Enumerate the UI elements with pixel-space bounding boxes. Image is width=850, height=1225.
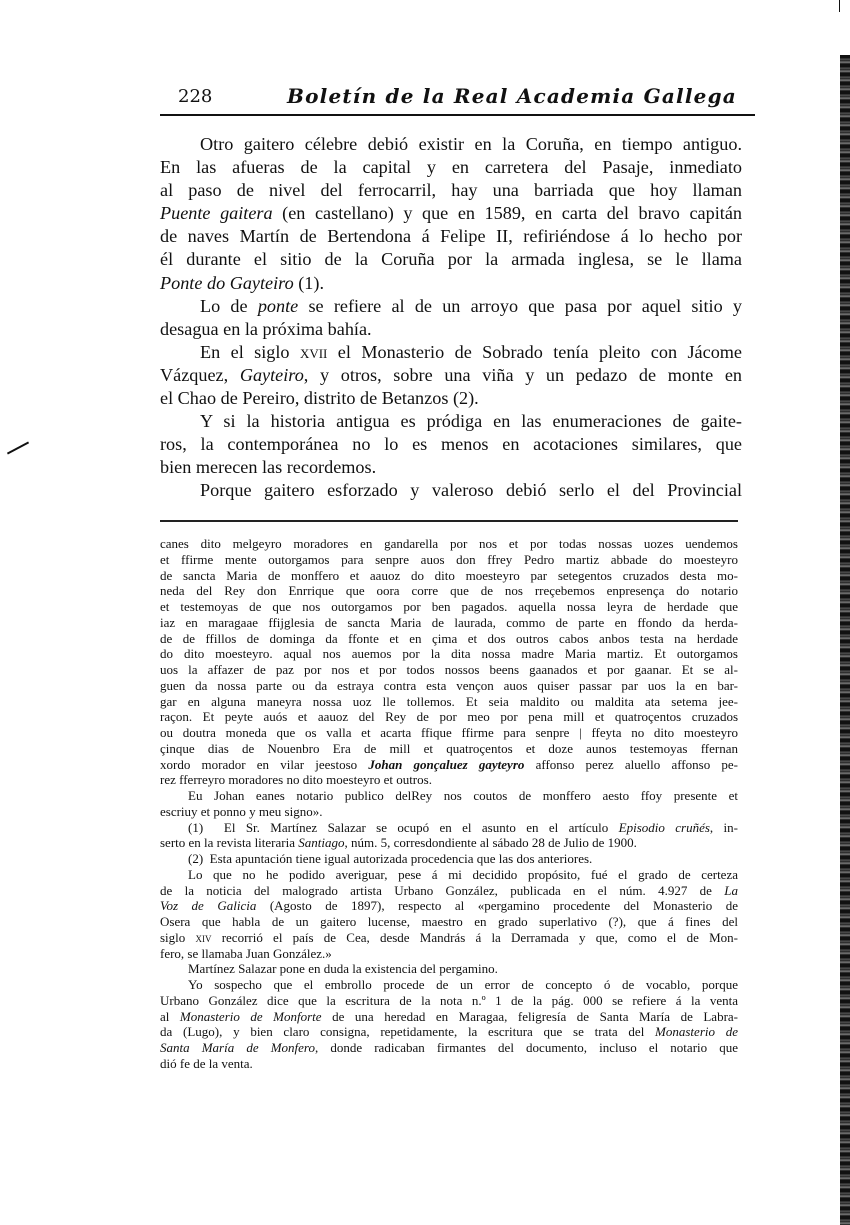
- note-line: Yo sospecho que el embrollo procede de u…: [160, 977, 738, 993]
- note-line: (2) Esta apuntación tiene igual autoriza…: [160, 851, 738, 867]
- text-line: Puente gaitera (en castellano) y que en …: [160, 202, 742, 225]
- text-line: Lo de ponte se refiere al de un arroyo q…: [160, 295, 742, 318]
- note-line: escriuy et ponno y meu signo».: [160, 804, 738, 820]
- text-line: Ponte do Gayteiro (1).: [160, 272, 742, 295]
- note-line: gar en alguna maneyra nossa uoz lle toll…: [160, 694, 738, 710]
- note-line: do dito moesteyro. aqual nos auemos por …: [160, 646, 738, 662]
- paragraph-historia: Y si la historia antigua es pródiga en l…: [160, 410, 742, 479]
- text-line: al paso de nivel del ferrocarril, hay un…: [160, 179, 742, 202]
- note-line: de sancta Maria de monffero et aauoz do …: [160, 568, 738, 584]
- note-line: siglo xiv recorrió el país de Cea, desde…: [160, 930, 738, 946]
- note-line: dió fe de la venta.: [160, 1056, 738, 1072]
- note-line: Santa María de Monfero, donde radicaban …: [160, 1040, 738, 1056]
- footnotes: canes dito melgeyro moradores en gandare…: [160, 536, 738, 1072]
- note-line: xordo morador en vilar jeestoso Johan go…: [160, 757, 738, 773]
- note-line: canes dito melgeyro moradores en gandare…: [160, 536, 738, 552]
- notary-signature: Eu Johan eanes notario publico delRey no…: [160, 788, 738, 820]
- scan-edge-mark: [839, 0, 840, 12]
- commentary-salazar: Martínez Salazar pone en duda la existen…: [160, 961, 738, 977]
- note-text: Esta apuntación tiene igual autorizada p…: [210, 851, 593, 866]
- note-line: serto en la revista literaria Santiago, …: [160, 835, 738, 851]
- note-line: Eu Johan eanes notario publico delRey no…: [160, 788, 738, 804]
- main-text: Otro gaitero célebre debió existir en la…: [160, 133, 742, 503]
- text-line: Y si la historia antigua es pródiga en l…: [160, 410, 742, 433]
- text-line: de naves Martín de Bertendona á Felipe I…: [160, 225, 742, 248]
- note-line: (1) El Sr. Martínez Salazar se ocupó en …: [160, 820, 738, 836]
- paragraph-gaitero-coruna: Otro gaitero célebre debió existir en la…: [160, 133, 742, 295]
- text-line: bien merecen las recordemos.: [160, 456, 742, 479]
- document-quote: canes dito melgeyro moradores en gandare…: [160, 536, 738, 788]
- note-line: fero, se llamaba Juan González.»: [160, 946, 738, 962]
- scan-artifact-stroke: [7, 441, 29, 454]
- note-line: rez fferreyro moradores no dito moesteyr…: [160, 772, 738, 788]
- note-line: de de ffillos de dominga da ffonte et en…: [160, 631, 738, 647]
- paragraph-provincial: Porque gaitero esforzado y valeroso debi…: [160, 479, 742, 502]
- paragraph-ponte: Lo de ponte se refiere al de un arroyo q…: [160, 295, 742, 341]
- note-line: al Monasterio de Monforte de una heredad…: [160, 1009, 738, 1025]
- text-line: ros, la contemporánea no lo es menos en …: [160, 433, 742, 456]
- note-line: raçon. Et peyte auós et aauoz del Rey de…: [160, 709, 738, 725]
- note-line: da (Lugo), y bien claro consigna, repeti…: [160, 1024, 738, 1040]
- text-line: Otro gaitero célebre debió existir en la…: [160, 133, 742, 156]
- note-line: Urbano González dice que la escritura de…: [160, 993, 738, 1009]
- note-line: Voz de Galicia (Agosto de 1897), respect…: [160, 898, 738, 914]
- note-line: Osera que habla de un gaitero lucense, m…: [160, 914, 738, 930]
- footnote-marker: (2): [188, 851, 203, 866]
- note-line: iaz en maragaae ffijglesia de sancta Mar…: [160, 615, 738, 631]
- text-line: el Chao de Pereiro, distrito de Betanzos…: [160, 387, 742, 410]
- text-line: desagua en la próxima bahía.: [160, 318, 742, 341]
- document-page: 228 Boletín de la Real Academia Gallega …: [0, 0, 850, 1225]
- commentary-urbano: Lo que no he podido averiguar, pese á mi…: [160, 867, 738, 962]
- commentary-sospecho: Yo sospecho que el embrollo procede de u…: [160, 977, 738, 1072]
- footnote-1: (1) El Sr. Martínez Salazar se ocupó en …: [160, 820, 738, 852]
- paragraph-sobrado: En el siglo xvii el Monasterio de Sobrad…: [160, 341, 742, 410]
- note-line: de la noticia del malogrado artista Urba…: [160, 883, 738, 899]
- page-number: 228: [178, 86, 212, 107]
- note-line: neda del Rey don Enrrique que oora corre…: [160, 583, 738, 599]
- note-line: et ffirme mente outorgamos para senpre a…: [160, 552, 738, 568]
- text-line: él durante el sitio de la Coruña por la …: [160, 248, 742, 271]
- note-line: Lo que no he podido averiguar, pese á mi…: [160, 867, 738, 883]
- note-line: çinque dias de Nouenbro Era de mill et q…: [160, 741, 738, 757]
- page-header: 228 Boletín de la Real Academia Gallega: [160, 84, 760, 112]
- text-line: Vázquez, Gayteiro, y otros, sobre una vi…: [160, 364, 742, 387]
- header-rule: [160, 114, 755, 116]
- text-line: En las afueras de la capital y en carret…: [160, 156, 742, 179]
- journal-title: Boletín de la Real Academia Gallega: [287, 84, 737, 108]
- scan-binding-shadow: [840, 55, 850, 1225]
- text-line: Porque gaitero esforzado y valeroso debi…: [160, 479, 742, 502]
- note-line: Martínez Salazar pone en duda la existen…: [160, 961, 738, 977]
- text-line: En el siglo xvii el Monasterio de Sobrad…: [160, 341, 742, 364]
- note-line: ou doutra moneda que os valla et acarta …: [160, 725, 738, 741]
- footnote-separator: [160, 520, 738, 522]
- note-line: uos la affazer de paz por nos et por tod…: [160, 662, 738, 678]
- note-line: guen da nossa parte ou da estraya contra…: [160, 678, 738, 694]
- footnote-marker: (1): [188, 820, 203, 835]
- footnote-2: (2) Esta apuntación tiene igual autoriza…: [160, 851, 738, 867]
- note-line: et testemoyas de que nos outorgamos por …: [160, 599, 738, 615]
